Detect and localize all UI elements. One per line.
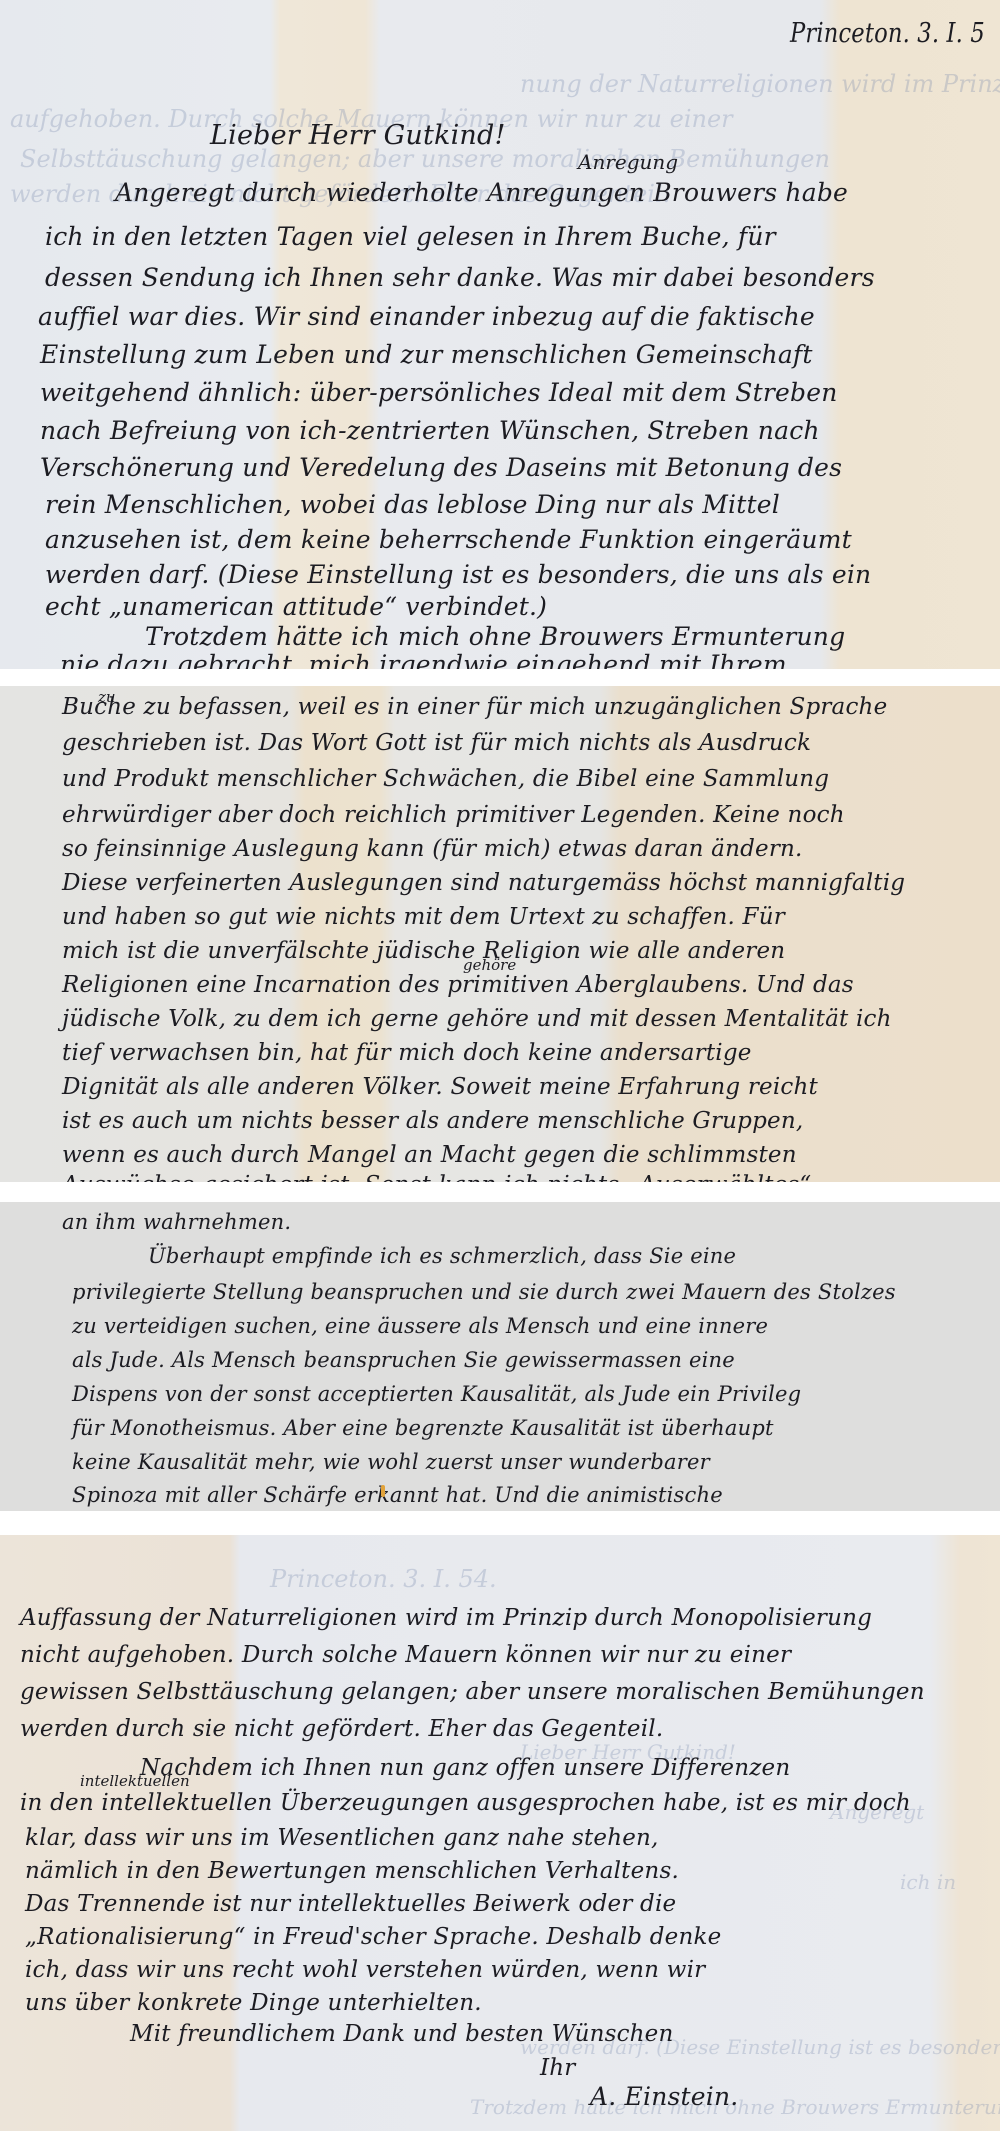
bleed-through-text: nung der Naturreligionen wird im Prinzip… (520, 70, 1000, 98)
letter-line: Buche zu befassen, weil es in einer für … (62, 694, 887, 720)
letter-line: werden darf. (Diese Einstellung ist es b… (45, 560, 871, 589)
letter-line: gewissen Selbsttäuschung gelangen; aber … (20, 1679, 925, 1705)
bleed-through-text: ich in (900, 1870, 956, 1894)
letter-line: klar, dass wir uns im Wesentlichen ganz … (25, 1825, 659, 1851)
letter-line: Religionen eine Incarnation des primitiv… (62, 972, 854, 998)
letter-line: zu verteidigen suchen, eine äussere als … (72, 1314, 768, 1338)
letter-line: ist es auch um nichts besser als andere … (62, 1108, 803, 1134)
letter-line: Angeregt durch wiederholte Anregungen Br… (115, 178, 848, 207)
letter-line: so feinsinnige Auslegung kann (für mich)… (62, 836, 803, 862)
letter-line: dessen Sendung ich Ihnen sehr danke. Was… (45, 263, 875, 292)
letter-line: nach Befreiung von ich-zentrierten Wünsc… (40, 416, 820, 445)
letter-line: Verschönerung und Veredelung des Daseins… (40, 453, 842, 482)
letter-line: Einstellung zum Leben und zur menschlich… (40, 340, 813, 369)
place-date: Princeton. 3. I. 5 (790, 18, 985, 49)
letter-line: Das Trennende ist nur intellektuelles Be… (25, 1891, 676, 1917)
signature: A. Einstein. (590, 2082, 738, 2111)
letter-line: ich in den letzten Tagen viel gelesen in… (45, 222, 776, 251)
letter-line: Auswüchse gesichert ist. Sonst kann ich … (62, 1172, 811, 1182)
letter-line: nicht aufgehoben. Durch solche Mauern kö… (20, 1642, 791, 1668)
letter-line: Mit freundlichem Dank und besten Wünsche… (130, 2021, 674, 2047)
letter-line: jüdische Volk, zu dem ich gerne gehöre u… (62, 1006, 892, 1032)
letter-line: auffiel war dies. Wir sind einander inbe… (38, 302, 815, 331)
letter-strip-3: an ihm wahrnehmen. Überhaupt empfinde ic… (0, 1202, 1000, 1511)
letter-line: und haben so gut wie nichts mit dem Urte… (62, 904, 785, 930)
letter-line: uns über konkrete Dinge unterhielten. (25, 1990, 482, 2016)
letter-strip-2: zu gehöre Buche zu befassen, weil es in … (0, 686, 1000, 1182)
letter-line: als Jude. Als Mensch beanspruchen Sie ge… (72, 1348, 735, 1372)
letter-line: Trotzdem hätte ich mich ohne Brouwers Er… (145, 622, 845, 651)
closing: Ihr (540, 2055, 576, 2081)
letter-line: keine Kausalität mehr, wie wohl zuerst u… (72, 1450, 710, 1474)
bleed-through-date: Princeton. 3. I. 54. (270, 1565, 497, 1593)
letter-strip-4: Princeton. 3. I. 54. Lieber Herr Gutkind… (0, 1535, 1000, 2131)
letter-line: Nachdem ich Ihnen nun ganz offen unsere … (140, 1755, 790, 1781)
letter-line: geschrieben ist. Das Wort Gott ist für m… (62, 730, 811, 756)
letter-line: und Produkt menschlicher Schwächen, die … (62, 766, 829, 792)
letter-line: rein Menschlichen, wobei das leblose Din… (45, 490, 780, 519)
ink-spot (381, 1485, 385, 1497)
letter-line: nämlich in den Bewertungen menschlichen … (25, 1858, 679, 1884)
letter-line: anzusehen ist, dem keine beherrschende F… (45, 525, 852, 554)
letter-line: weitgehend ähnlich: über-persönliches Id… (40, 378, 838, 407)
letter-line: „Rationalisierung“ in Freud'scher Sprach… (25, 1924, 721, 1950)
letter-line: ehrwürdiger aber doch reichlich primitiv… (62, 802, 845, 828)
letter-line: werden durch sie nicht gefördert. Eher d… (20, 1716, 663, 1742)
letter-line: Diese verfeinerten Auslegungen sind natu… (62, 870, 905, 896)
letter-line: wenn es auch durch Mangel an Macht gegen… (62, 1142, 797, 1168)
letter-line: an ihm wahrnehmen. (62, 1210, 291, 1234)
letter-line: echt „unamerican attitude“ verbindet.) (45, 592, 547, 621)
letter-line: Dispens von der sonst acceptierten Kausa… (72, 1382, 801, 1406)
letter-line: tief verwachsen bin, hat für mich doch k… (62, 1040, 752, 1066)
letter-line: mich ist die unverfälschte jüdische Reli… (62, 938, 785, 964)
letter-line: nie dazu gebracht, mich irgendwie eingeh… (60, 650, 787, 669)
insertion-text: Anregung (578, 150, 678, 174)
letter-line: Dignität als alle anderen Völker. Soweit… (62, 1074, 818, 1100)
letter-line: Überhaupt empfinde ich es schmerzlich, d… (148, 1244, 736, 1268)
letter-line: ich, dass wir uns recht wohl verstehen w… (25, 1957, 705, 1983)
letter-line: in den intellektuellen Überzeugungen aus… (20, 1790, 911, 1816)
letter-line: für Monotheismus. Aber eine begrenzte Ka… (72, 1416, 774, 1440)
salutation: Lieber Herr Gutkind! (210, 120, 506, 151)
letter-line: Auffassung der Naturreligionen wird im P… (20, 1605, 872, 1631)
letter-line: privilegierte Stellung beanspruchen und … (72, 1280, 896, 1304)
letter-line: Spinoza mit aller Schärfe erkannt hat. U… (72, 1483, 723, 1507)
letter-strip-1: nung der Naturreligionen wird im Prinzip… (0, 0, 1000, 669)
